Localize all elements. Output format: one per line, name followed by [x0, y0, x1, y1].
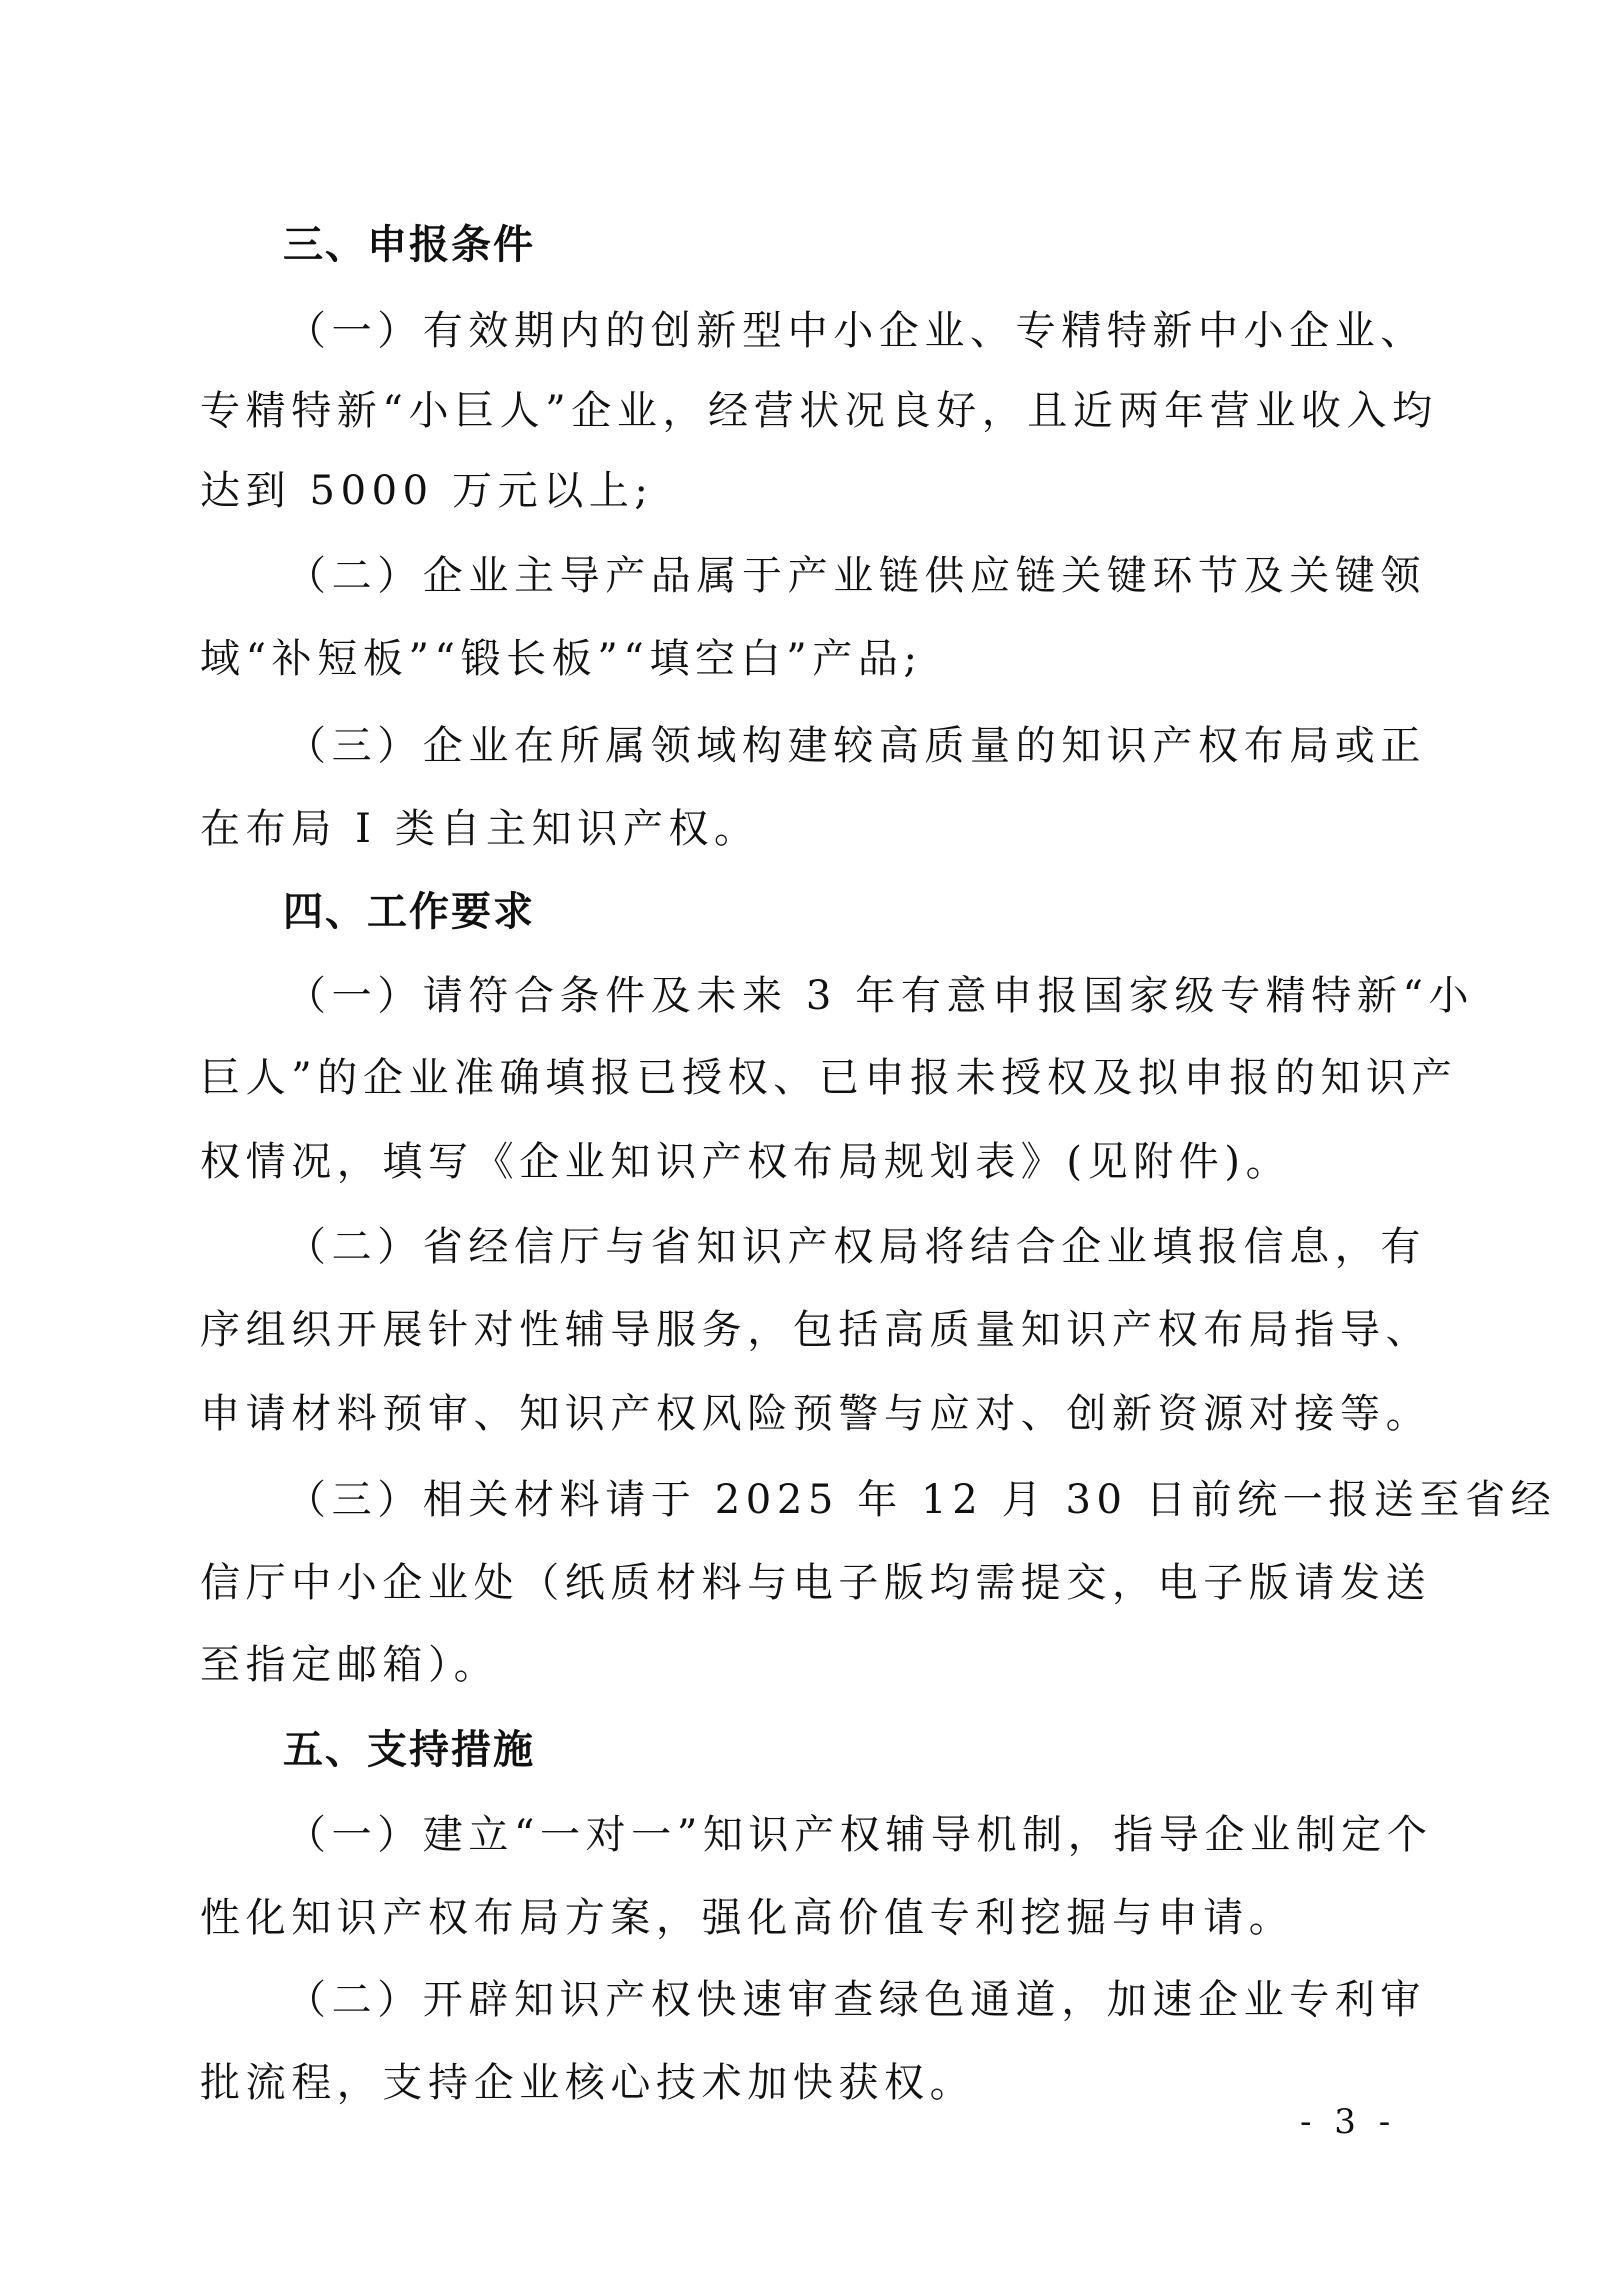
paragraph-line: 性化知识产权布局方案，强化高价值专利挖掘与申请。 — [200, 1888, 1410, 1948]
paragraph-line: （二）省经信厅与省知识产权局将结合企业填报信息，有 — [286, 1217, 1410, 1277]
paragraph-line: （二）企业主导产品属于产业链供应链关键环节及关键领 — [286, 546, 1410, 606]
paragraph-line: 权情况，填写《企业知识产权布局规划表》(见附件)。 — [200, 1132, 1410, 1192]
paragraph-line: 专精特新“小巨人”企业，经营状况良好，且近两年营业收入均 — [200, 381, 1410, 441]
paragraph-line: 序组织开展针对性辅导服务，包括高质量知识产权布局指导、 — [200, 1300, 1410, 1360]
paragraph-line: 信厅中小企业处（纸质材料与电子版均需提交，电子版请发送 — [200, 1553, 1410, 1613]
paragraph-line: 巨人”的企业准确填报已授权、已申报未授权及拟申报的知识产 — [200, 1048, 1410, 1108]
section-heading: 三、申报条件 — [283, 215, 535, 275]
paragraph-line: （三）相关材料请于 2025 年 12 月 30 日前统一报送至省经 — [286, 1470, 1410, 1530]
paragraph-line: 批流程，支持企业核心技术加快获权。 — [200, 2053, 1410, 2113]
paragraph-line: 达到 5000 万元以上; — [200, 461, 1410, 521]
paragraph-line: 在布局 I 类自主知识产权。 — [200, 799, 1410, 859]
document-page: 三、申报条件 （一）有效期内的创新型中小企业、专精特新中小企业、 专精特新“小巨… — [0, 0, 1600, 2274]
page-number: - 3 - — [1300, 2098, 1396, 2146]
paragraph-line: （二）开辟知识产权快速审查绿色通道，加速企业专利审 — [286, 1970, 1410, 2030]
paragraph-line: （一）有效期内的创新型中小企业、专精特新中小企业、 — [286, 301, 1410, 361]
paragraph-line: 域“补短板”“锻长板”“填空白”产品; — [200, 629, 1410, 689]
paragraph-line: （三）企业在所属领域构建较高质量的知识产权布局或正 — [286, 716, 1410, 776]
section-heading: 四、工作要求 — [283, 882, 535, 942]
paragraph-line: （一）请符合条件及未来 3 年有意申报国家级专精特新“小 — [286, 966, 1410, 1026]
paragraph-line: 至指定邮箱）。 — [200, 1635, 1410, 1695]
section-heading: 五、支持措施 — [283, 1720, 535, 1780]
paragraph-line: 申请材料预审、知识产权风险预警与应对、创新资源对接等。 — [200, 1384, 1410, 1444]
paragraph-line: （一）建立“一对一”知识产权辅导机制，指导企业制定个 — [286, 1805, 1410, 1865]
